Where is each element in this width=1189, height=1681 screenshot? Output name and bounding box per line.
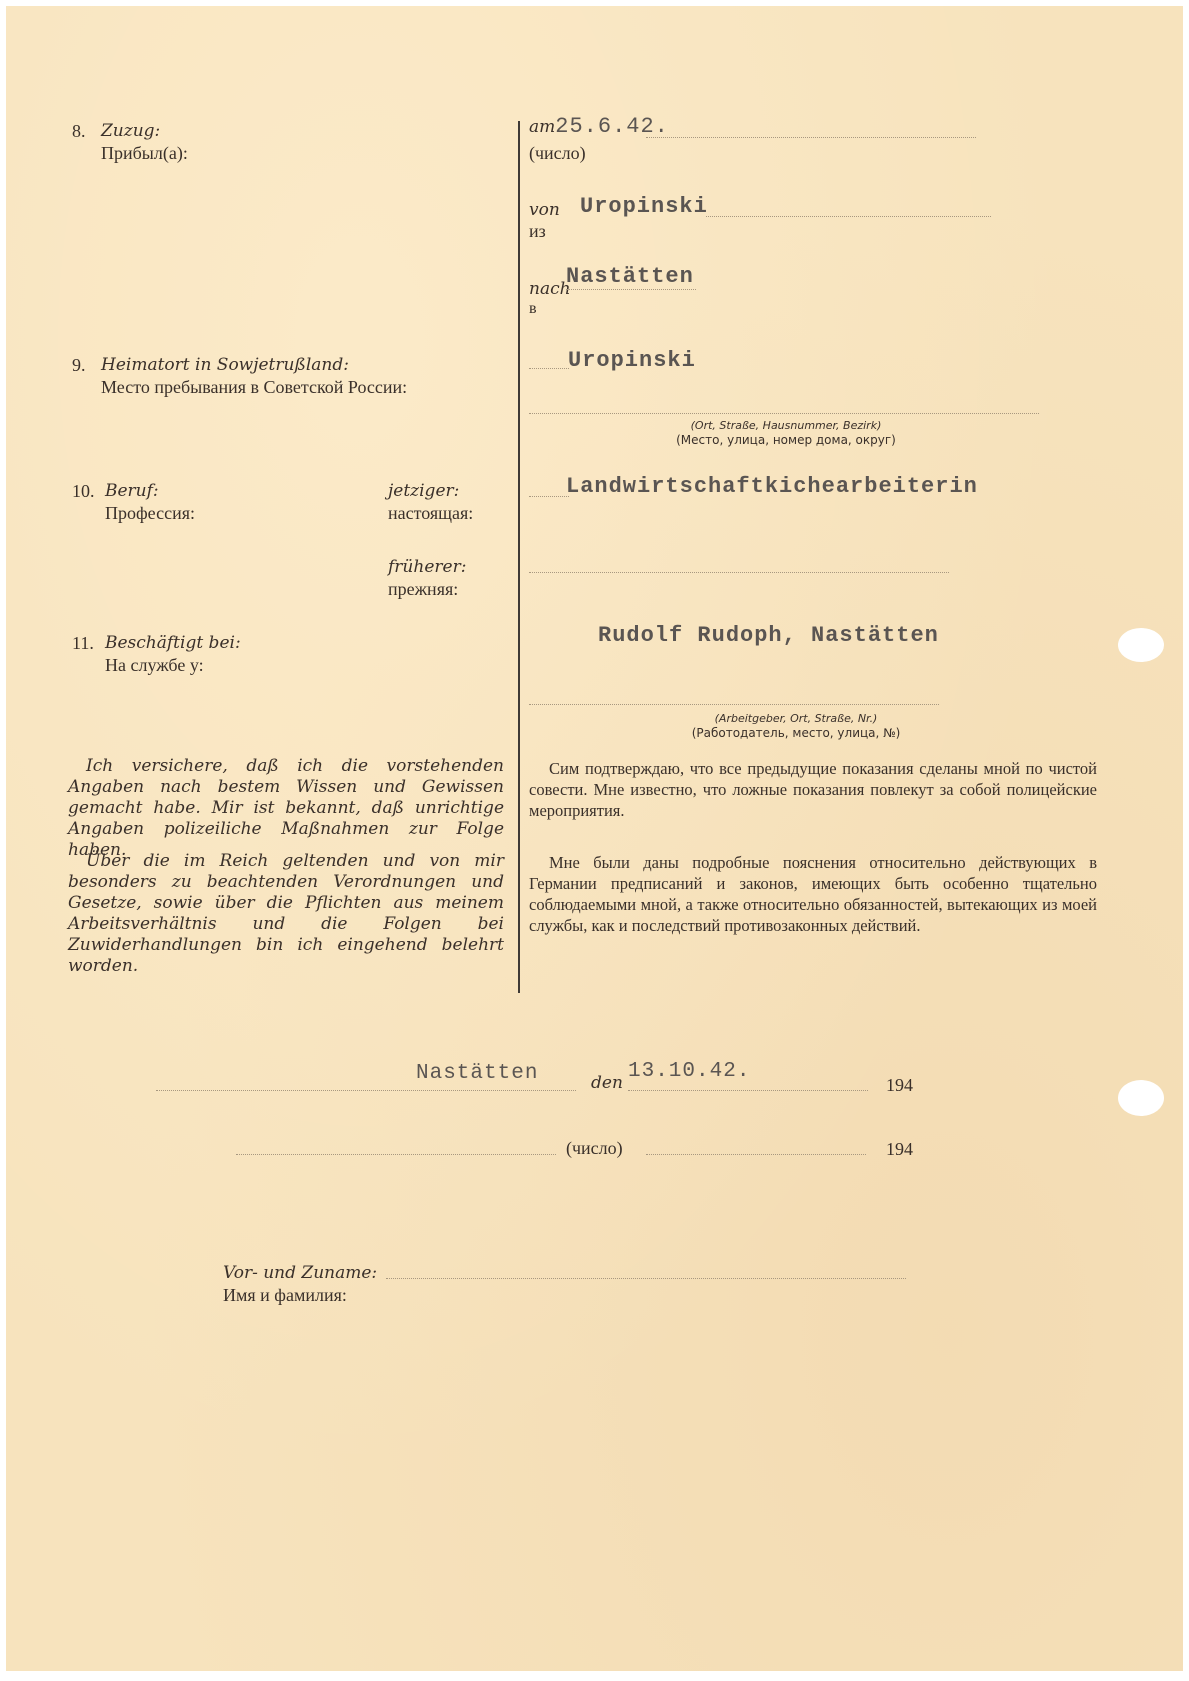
field8-to-prefix-ru: в xyxy=(529,298,537,320)
place-line xyxy=(156,1090,576,1091)
field10-former-ru: прежняя: xyxy=(388,578,458,600)
field10-current-value[interactable]: Landwirtschaftkichearbeiterin xyxy=(566,474,978,499)
year-prefix-de: 194 xyxy=(886,1074,913,1096)
field9-line2 xyxy=(529,413,1039,414)
field10-number: 10. xyxy=(72,480,95,502)
date-ru-line-left xyxy=(236,1154,556,1155)
column-divider xyxy=(518,121,520,993)
field11-value[interactable]: Rudolf Rudoph, Nastätten xyxy=(598,623,939,648)
field8-date-line xyxy=(646,137,976,138)
field8-number: 8. xyxy=(72,120,86,142)
field8-date-note: (число) xyxy=(529,142,586,164)
place-value[interactable]: Nastätten xyxy=(416,1062,538,1085)
declaration-de-para1: Ich versichere, daß ich die vorstehenden… xyxy=(68,756,504,861)
field8-to-prefix-de: nach xyxy=(529,278,571,300)
field10-former-line[interactable] xyxy=(529,572,949,573)
field10-current-lead xyxy=(529,496,569,497)
name-label-ru: Имя и фамилия: xyxy=(223,1284,347,1306)
punch-hole-bottom xyxy=(1118,1080,1164,1116)
year-prefix-ru: 194 xyxy=(886,1138,913,1160)
field10-label-de: Beruf: xyxy=(105,480,159,502)
field10-former-de: früherer: xyxy=(388,556,466,578)
field8-date-row: am25.6.42. xyxy=(529,114,669,139)
name-line[interactable] xyxy=(386,1278,906,1279)
declaration-de-para2: Über die im Reich geltenden und von mir … xyxy=(68,851,504,977)
document-page: 8. Zuzug: Прибыл(а): am25.6.42. (число) … xyxy=(6,6,1183,1671)
field8-from-value[interactable]: Uropinski xyxy=(580,194,708,219)
field8-label-de: Zuzug: xyxy=(101,120,160,142)
date-line xyxy=(628,1090,868,1091)
field9-label-ru: Место пребывания в Советской России: xyxy=(101,376,407,398)
field10-label-ru: Профессия: xyxy=(105,502,195,524)
punch-hole-top xyxy=(1118,628,1164,662)
date-note-ru: (число) xyxy=(566,1137,623,1159)
field11-note-de: (Arbeitgeber, Ort, Straße, Nr.) xyxy=(646,712,946,725)
field9-value[interactable]: Uropinski xyxy=(568,348,696,373)
name-label-de: Vor- und Zuname: xyxy=(223,1262,377,1284)
signature-date-value[interactable]: 13.10.42. xyxy=(628,1060,750,1083)
date-ru-line-right xyxy=(646,1154,866,1155)
declaration-ru-para2: Мне были даны подробные пояснения относи… xyxy=(529,852,1097,936)
field11-line xyxy=(529,704,939,705)
field11-note-ru: (Работодатель, место, улица, №) xyxy=(646,726,946,740)
field10-current-de: jetziger: xyxy=(388,480,459,502)
field11-number: 11. xyxy=(72,632,94,654)
field8-to-value[interactable]: Nastätten xyxy=(566,264,694,289)
field9-note-ru: (Место, улица, номер дома, округ) xyxy=(626,433,946,447)
field8-from-prefix-de: von xyxy=(529,199,560,221)
field11-label-ru: На службе у: xyxy=(105,654,204,676)
field8-date-value[interactable]: 25.6.42. xyxy=(555,114,669,139)
field8-from-prefix-ru: из xyxy=(529,220,546,242)
declaration-ru-para1: Сим подтверждаю, что все предыдущие пока… xyxy=(529,758,1097,821)
field8-to-line xyxy=(566,289,696,290)
field8-label-ru: Прибыл(а): xyxy=(101,142,188,164)
field8-date-prefix: am xyxy=(529,117,555,137)
field9-note-de: (Ort, Straße, Hausnummer, Bezirk) xyxy=(626,419,946,432)
field9-line-lead xyxy=(529,368,569,369)
field9-label-de: Heimatort in Sowjetrußland: xyxy=(101,354,349,376)
field10-current-ru: настоящая: xyxy=(388,502,473,524)
field8-from-line xyxy=(706,216,991,217)
field11-label-de: Beschäftigt bei: xyxy=(105,632,241,654)
den-label: den xyxy=(591,1072,623,1094)
field9-number: 9. xyxy=(72,354,86,376)
